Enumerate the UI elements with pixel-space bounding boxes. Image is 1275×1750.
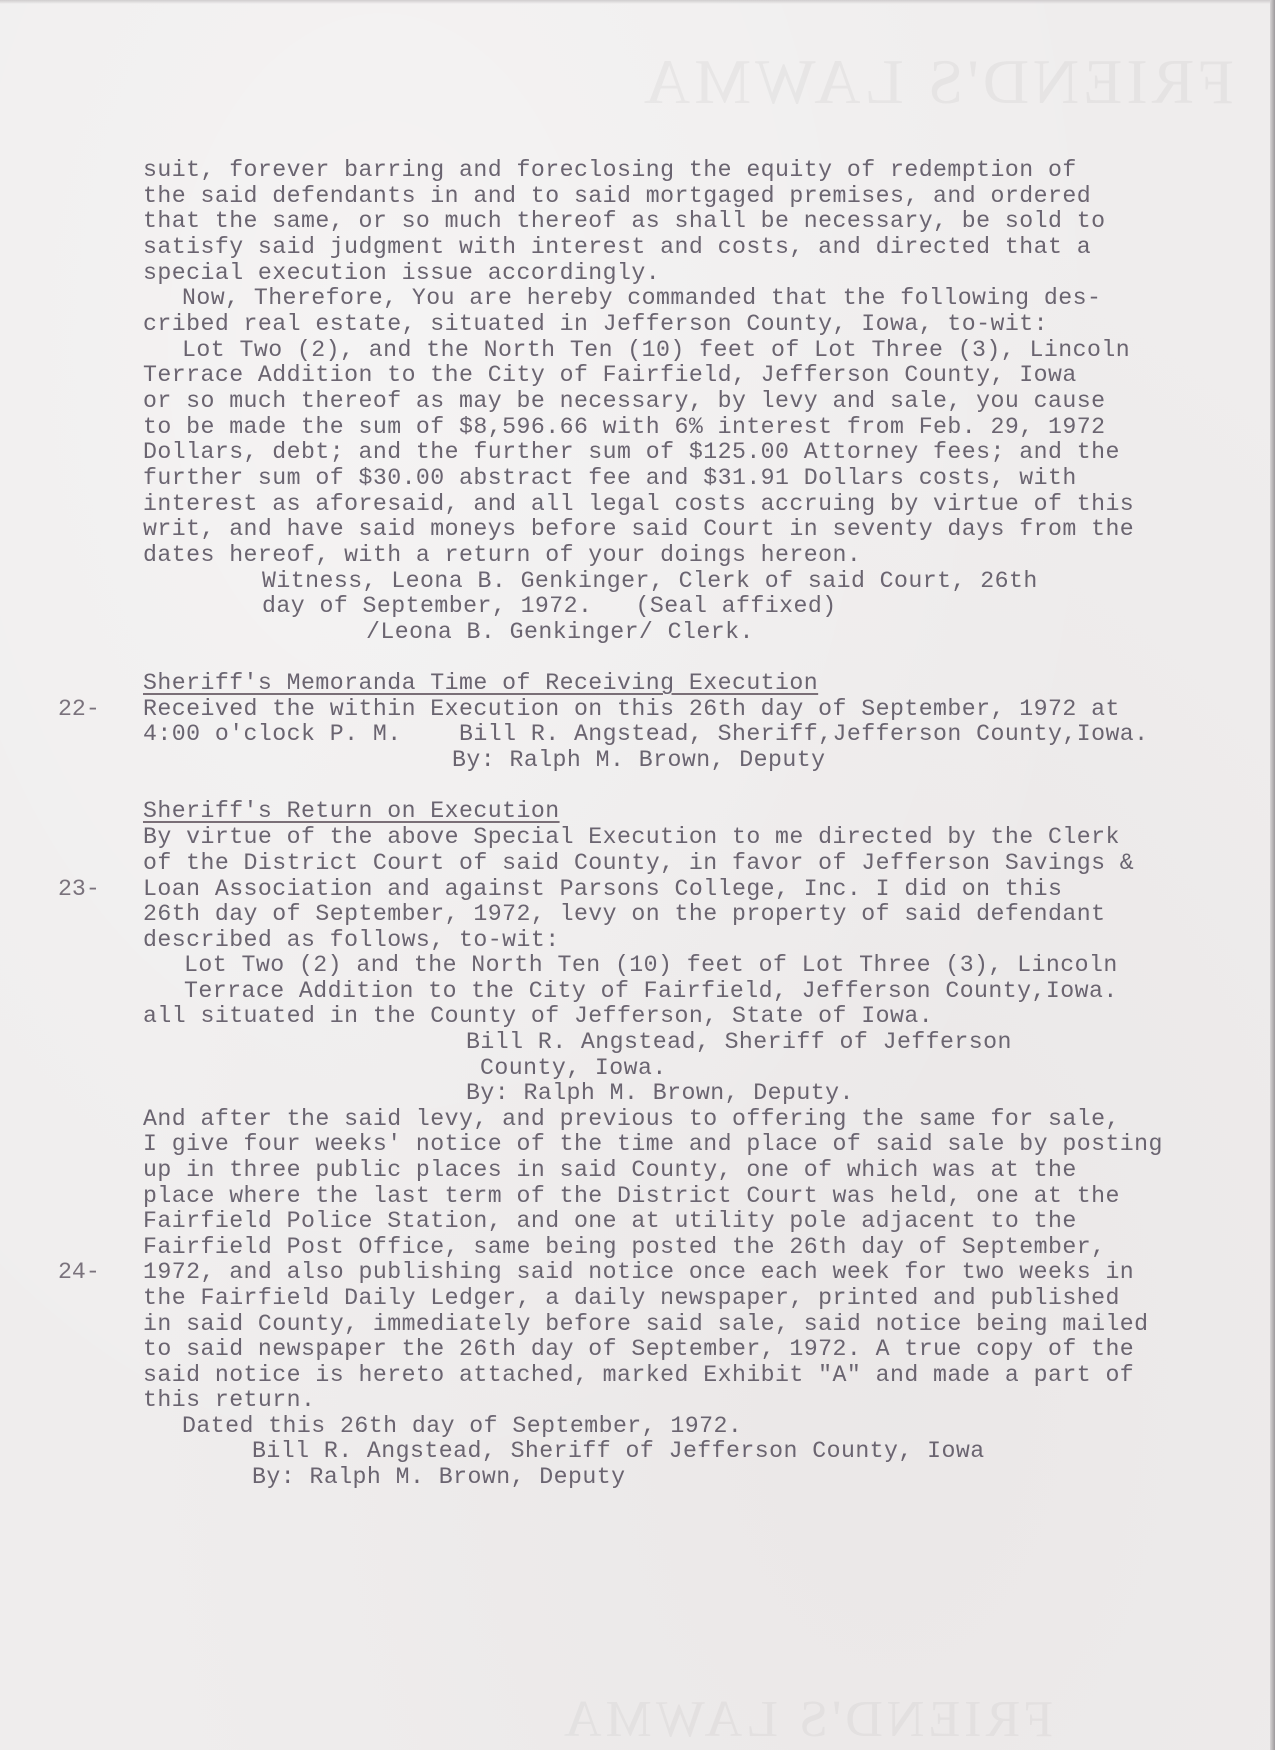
memoranda-heading: Sheriff's Memoranda Time of Receiving Ex…	[143, 670, 818, 696]
notice-line: in said County, immediately before said …	[143, 1311, 1149, 1337]
notice-line: Fairfield Police Station, and one at uti…	[143, 1208, 1077, 1234]
writ-line: Terrace Addition to the City of Fairfiel…	[143, 362, 1077, 388]
return-line: By virtue of the above Special Execution…	[143, 824, 1120, 850]
margin-number: 22-	[58, 696, 100, 722]
bleed-through-watermark-top: FRIEND'S LAWMA	[640, 45, 1234, 119]
margin-number: 23-	[58, 876, 100, 902]
writ-line: satisfy said judgment with interest and …	[143, 234, 1091, 260]
return-line: Loan Association and against Parsons Col…	[143, 876, 1062, 902]
margin-number: 24-	[58, 1259, 100, 1285]
property-line: Lot Two (2) and the North Ten (10) feet …	[184, 952, 1118, 978]
notice-line: this return.	[143, 1387, 315, 1413]
witness-line: day of September, 1972. (Seal affixed)	[262, 593, 837, 619]
writ-line: Lot Two (2), and the North Ten (10) feet…	[182, 337, 1130, 363]
writ-line: to be made the sum of $8,596.66 with 6% …	[143, 414, 1105, 440]
document-page: FRIEND'S LAWMA FRIEND'S LAWMA suit, fore…	[0, 0, 1275, 1750]
writ-line: writ, and have said moneys before said C…	[143, 516, 1134, 542]
memoranda-deputy: By: Ralph M. Brown, Deputy	[452, 747, 825, 773]
levy-signature: County, Iowa.	[480, 1055, 667, 1081]
notice-line: place where the last term of the Distric…	[143, 1183, 1120, 1209]
property-line: all situated in the County of Jefferson,…	[143, 1003, 933, 1029]
writ-line: interest as aforesaid, and all legal cos…	[143, 491, 1134, 517]
writ-line: Now, Therefore, You are hereby commanded…	[182, 285, 1101, 311]
property-line: Terrace Addition to the City of Fairfiel…	[184, 978, 1118, 1004]
levy-signature: Bill R. Angstead, Sheriff of Jefferson	[466, 1029, 1012, 1055]
notice-line: up in three public places in said County…	[143, 1157, 1077, 1183]
notice-line: 1972, and also publishing said notice on…	[143, 1259, 1134, 1285]
writ-line: special execution issue accordingly.	[143, 260, 660, 286]
page-right-edge	[1270, 0, 1275, 1750]
levy-signature: By: Ralph M. Brown, Deputy.	[466, 1080, 854, 1106]
writ-line: further sum of $30.00 abstract fee and $…	[143, 465, 1077, 491]
writ-line: the said defendants in and to said mortg…	[143, 183, 1091, 209]
writ-line: that the same, or so much thereof as sha…	[143, 208, 1105, 234]
return-line: described as follows, to-wit:	[143, 927, 560, 953]
return-heading: Sheriff's Return on Execution	[143, 798, 560, 824]
witness-line: Witness, Leona B. Genkinger, Clerk of sa…	[262, 568, 1038, 594]
notice-line: Fairfield Post Office, same being posted…	[143, 1234, 1105, 1260]
return-line: of the District Court of said County, in…	[143, 850, 1134, 876]
memoranda-line: 4:00 o'clock P. M. Bill R. Angstead, She…	[143, 721, 1149, 747]
final-signature: By: Ralph M. Brown, Deputy	[252, 1464, 625, 1490]
writ-line: suit, forever barring and foreclosing th…	[143, 157, 1077, 183]
writ-line: Dollars, debt; and the further sum of $1…	[143, 439, 1120, 465]
writ-line: dates hereof, with a return of your doin…	[143, 542, 861, 568]
return-line: 26th day of September, 1972, levy on the…	[143, 901, 1105, 927]
notice-line: to said newspaper the 26th day of Septem…	[143, 1336, 1134, 1362]
writ-line: or so much thereof as may be necessary, …	[143, 388, 1105, 414]
notice-line: the Fairfield Daily Ledger, a daily news…	[143, 1285, 1120, 1311]
notice-line: And after the said levy, and previous to…	[143, 1106, 1120, 1132]
memoranda-line: Received the within Execution on this 26…	[143, 696, 1120, 722]
writ-line: cribed real estate, situated in Jefferso…	[143, 311, 1048, 337]
bleed-through-watermark-bottom: FRIEND'S LAWMA	[560, 1690, 1053, 1749]
notice-line: said notice is hereto attached, marked E…	[143, 1362, 1134, 1388]
final-signature: Bill R. Angstead, Sheriff of Jefferson C…	[252, 1438, 985, 1464]
clerk-signature: /Leona B. Genkinger/ Clerk.	[366, 619, 754, 645]
page-top-edge	[0, 0, 1275, 4]
dated-line: Dated this 26th day of September, 1972.	[182, 1413, 742, 1439]
notice-line: I give four weeks' notice of the time an…	[143, 1131, 1163, 1157]
